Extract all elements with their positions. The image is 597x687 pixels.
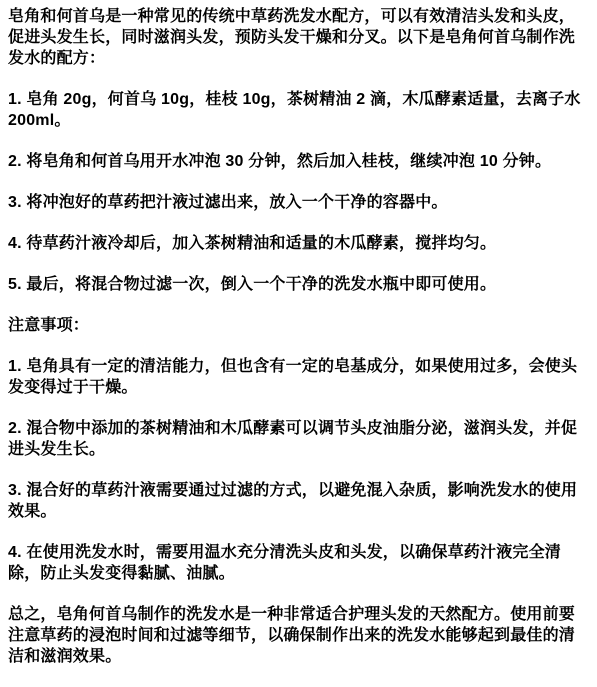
recipe-step-5: 5. 最后，将混合物过滤一次，倒入一个干净的洗发水瓶中即可使用。 [8, 274, 589, 295]
recipe-step-3: 3. 将冲泡好的草药把汁液过滤出来，放入一个干净的容器中。 [8, 192, 589, 213]
document-page: 皂角和何首乌是一种常见的传统中草药洗发水配方，可以有效清洁头发和头皮，促进头发生… [0, 0, 597, 687]
note-item-1: 1. 皂角具有一定的清洁能力，但也含有一定的皂基成分，如果使用过多，会使头发变得… [8, 356, 589, 398]
intro-paragraph: 皂角和何首乌是一种常见的传统中草药洗发水配方，可以有效清洁头发和头皮，促进头发生… [8, 6, 589, 69]
note-item-4: 4. 在使用洗发水时，需要用温水充分清洗头皮和头发，以确保草药汁液完全清除，防止… [8, 542, 589, 584]
recipe-step-4: 4. 待草药汁液冷却后，加入茶树精油和适量的木瓜酵素，搅拌均匀。 [8, 233, 589, 254]
notes-heading: 注意事项： [8, 315, 589, 336]
recipe-step-1: 1. 皂角 20g，何首乌 10g，桂枝 10g，茶树精油 2 滴，木瓜酵素适量… [8, 89, 589, 131]
conclusion-paragraph: 总之，皂角何首乌制作的洗发水是一种非常适合护理头发的天然配方。使用前要注意草药的… [8, 604, 589, 667]
note-item-2: 2. 混合物中添加的茶树精油和木瓜酵素可以调节头皮油脂分泌，滋润头发，并促进头发… [8, 418, 589, 460]
note-item-3: 3. 混合好的草药汁液需要通过过滤的方式，以避免混入杂质，影响洗发水的使用效果。 [8, 480, 589, 522]
recipe-step-2: 2. 将皂角和何首乌用开水冲泡 30 分钟，然后加入桂枝，继续冲泡 10 分钟。 [8, 151, 589, 172]
document-body: 皂角和何首乌是一种常见的传统中草药洗发水配方，可以有效清洁头发和头皮，促进头发生… [8, 6, 589, 667]
